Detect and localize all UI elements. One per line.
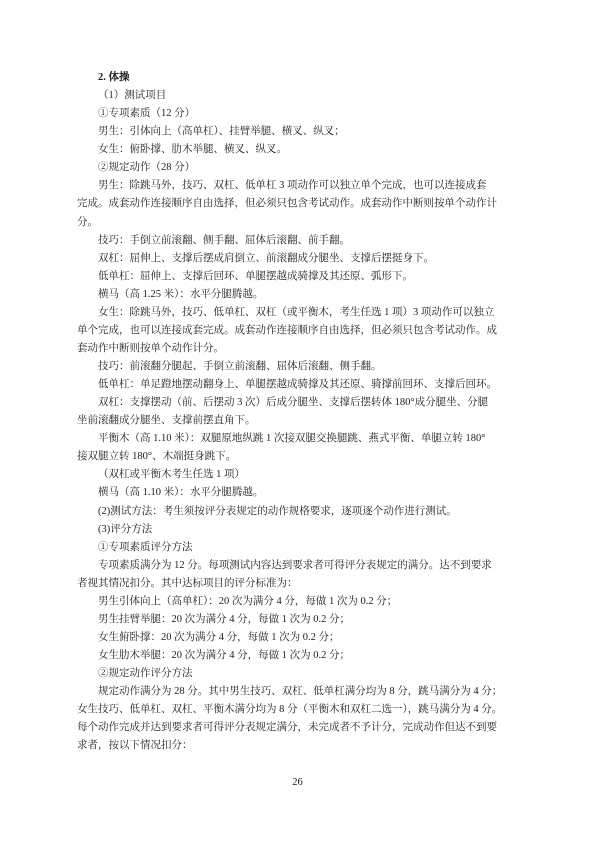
text-line: 低单杠：单足蹬地摆动翻身上、单腿摆越成骑撑及其还原、骑撑前回环、支撑后回环。	[77, 376, 504, 394]
text-line: （双杠或平衡木考生任选 1 项）	[77, 466, 504, 484]
text-line: ②规定动作评分方法	[77, 665, 504, 683]
text-line: 平衡木（高 1.10 米）：双腿原地纵跳 1 次接双腿交换腿跳、燕式平衡、单腿立…	[77, 430, 504, 448]
text-line: 完成。成套动作连接顺序自由选择，但必须只包含考试动作。成套动作中断则按单个动作计	[77, 195, 504, 213]
text-line: 横马（高 1.10 米）：水平分腿腾越。	[77, 484, 504, 502]
text-line: 接双腿立转 180°、木端挺身跳下。	[77, 448, 504, 466]
text-line: ②规定动作（28 分）	[77, 159, 504, 177]
text-line: (2)测试方法：考生须按评分表规定的动作规格要求，逐项逐个动作进行测试。	[77, 503, 504, 521]
text-line: 技巧：前滚翻分腿起、手倒立前滚翻、屈体后滚翻、侧手翻。	[77, 358, 504, 376]
text-line: 男生挂臂举腿：20 次为满分 4 分，每做 1 次为 0.2 分；	[77, 611, 504, 629]
text-line: 女生：除跳马外，技巧、低单杠、双杠（或平衡木，考生任选 1 项）3 项动作可以独…	[77, 304, 504, 322]
text-line: ①专项素质（12 分）	[77, 105, 504, 123]
text-line: 专项素质满分为 12 分。每项测试内容达到要求者可得评分表规定的满分。达不到要求	[77, 557, 504, 575]
text-line: 女生：俯卧撑、肋木举腿、横叉、纵叉。	[77, 141, 504, 159]
text-line: 女生俯卧撑：20 次为满分 4 分，每做 1 次为 0.2 分；	[77, 629, 504, 647]
text-line: 男生引体向上（高单杠）：20 次为满分 4 分，每做 1 次为 0.2 分；	[77, 593, 504, 611]
text-line: 坐前滚翻成分腿坐、支撑前摆直角下。	[77, 412, 504, 430]
text-line: （1）测试项目	[77, 87, 504, 105]
text-line: 双杠：支撑摆动（前、后摆动 3 次）后成分腿坐、支撑后摆转体 180°成分腿坐、…	[77, 394, 504, 412]
text-line: 每个动作完成并达到要求者可得评分表规定满分，未完成者不予计分，完成动作但达不到要	[77, 719, 504, 737]
text-line: 女生肋木举腿：20 次为满分 4 分，每做 1 次为 0.2 分；	[77, 647, 504, 665]
text-line: 单个完成，也可以连接成套完成。成套动作连接顺序自由选择，但必须只包含考试动作。成	[77, 322, 504, 340]
text-line: 者视其情况扣分。其中达标项目的评分标准为：	[77, 575, 504, 593]
section-heading: 2. 体操	[77, 69, 504, 87]
text-line: 男生：引体向上（高单杠）、挂臂举腿、横叉、纵叉；	[77, 123, 504, 141]
text-line: (3)评分方法	[77, 521, 504, 539]
text-line: 技巧：手倒立前滚翻、侧手翻、屈体后滚翻、前手翻。	[77, 232, 504, 250]
text-line: 低单杠：屈伸上、支撑后回环、单腿摆越成骑撑及其还原、弧形下。	[77, 268, 504, 286]
document-body: 2. 体操（1）测试项目①专项素质（12 分）男生：引体向上（高单杠）、挂臂举腿…	[77, 69, 504, 755]
text-line: ①专项素质评分方法	[77, 539, 504, 557]
text-line: 求者，按以下情况扣分：	[77, 737, 504, 755]
text-line: 横马（高 1.25 米）：水平分腿腾越。	[77, 286, 504, 304]
text-line: 套动作中断则按单个动作计分。	[77, 340, 504, 358]
text-line: 双杠：屈伸上、支撑后摆成肩倒立、前滚翻成分腿坐、支撑后摆挺身下。	[77, 250, 504, 268]
text-line: 分。	[77, 214, 504, 232]
page-number: 26	[0, 776, 595, 790]
text-line: 规定动作满分为 28 分。其中男生技巧、双杠、低单杠满分均为 8 分，跳马满分为…	[77, 683, 504, 701]
text-line: 女生技巧、低单杠、双杠、平衡木满分均为 8 分（平衡木和双杠二选一），跳马满分为…	[77, 701, 504, 719]
text-line: 男生：除跳马外，技巧、双杠、低单杠 3 项动作可以独立单个完成，也可以连接成套	[77, 177, 504, 195]
document-page: 2. 体操（1）测试项目①专项素质（12 分）男生：引体向上（高单杠）、挂臂举腿…	[0, 0, 595, 842]
